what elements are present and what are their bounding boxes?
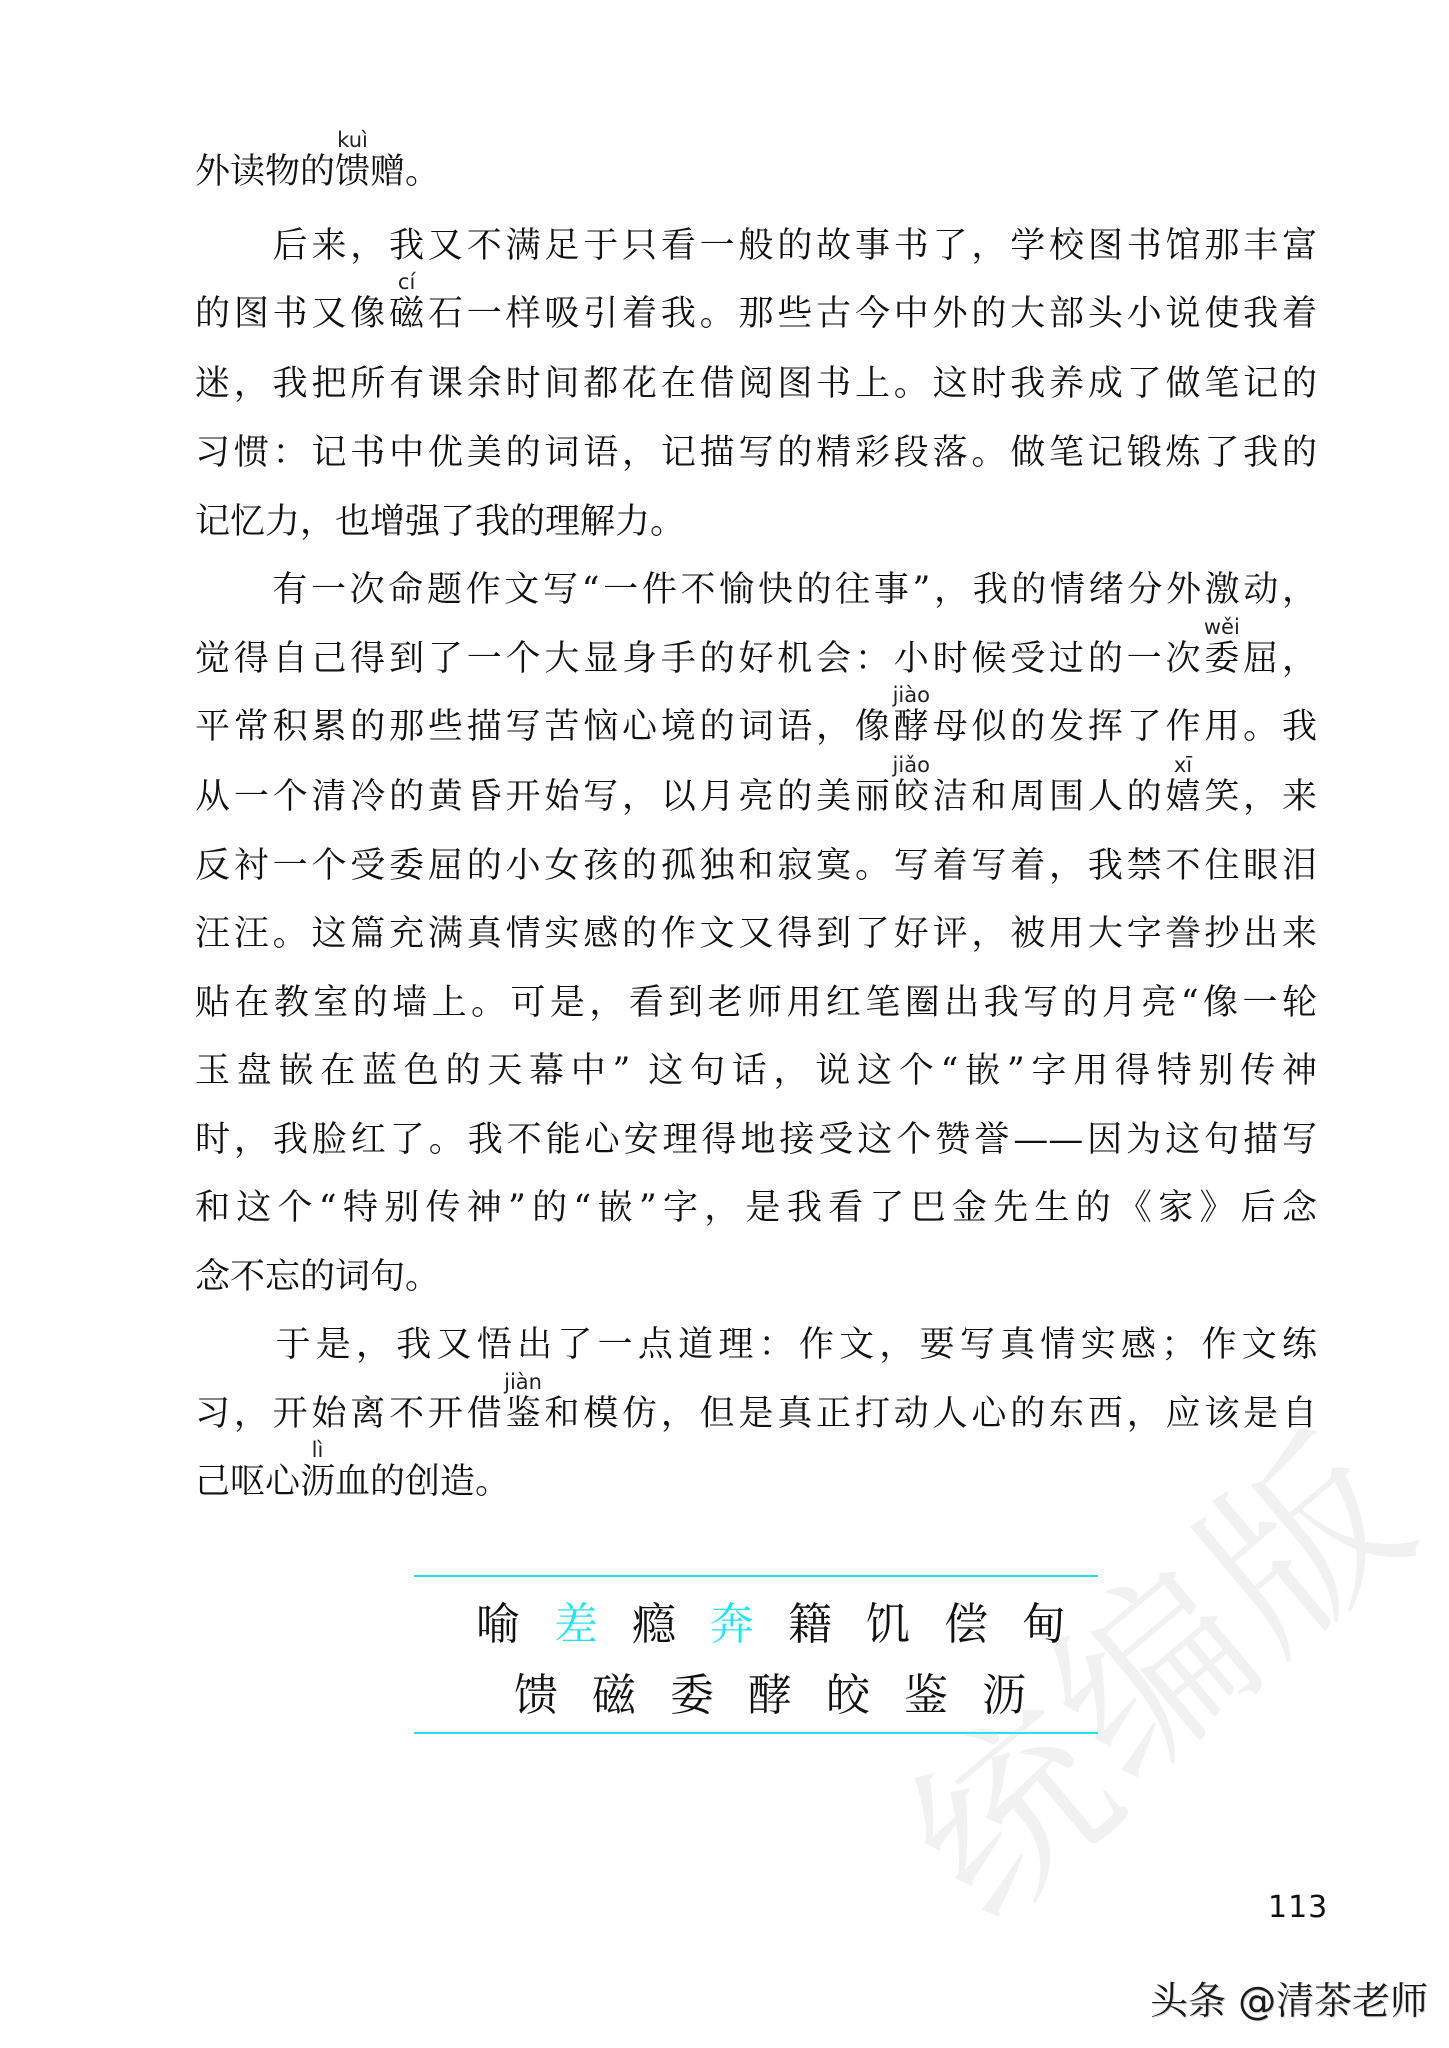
new-character: 偿 <box>944 1595 1022 1655</box>
text-line: 时，我脸红了。我不能心安理得地接受这个赞誉——因为这句描写 <box>195 1115 1317 1165</box>
text-segment: 洁和周围人的 <box>929 777 1166 817</box>
new-character: 饥 <box>866 1595 944 1655</box>
text-segment: 从一个清冷的黄昏开始写，以月亮的美丽 <box>195 777 894 817</box>
text-segment: 记忆力，也增强了我的理解力。 <box>195 502 685 542</box>
text-segment: 石一样吸引着我。那些古今中外的大部头小说使我着 <box>424 294 1317 334</box>
annotated-character: xī嬉 <box>1166 772 1201 822</box>
characters-row-1: 喻差瘾奔籍饥偿甸 <box>476 1595 1100 1655</box>
text-segment: 屈， <box>1239 639 1317 679</box>
text-line: 反衬一个受委屈的小女孩的孤独和寂寞。写着写着，我禁不住眼泪 <box>195 841 1317 891</box>
text-segment: 反衬一个受委屈的小女孩的孤独和寂寞。写着写着，我禁不住眼泪 <box>195 846 1317 886</box>
text-segment: 迷，我把所有课余时间都花在借阅图书上。这时我养成了做笔记的 <box>195 364 1317 404</box>
text-segment: 己呕心 <box>195 1462 300 1502</box>
text-line: 己呕心lì沥血的创造。 <box>195 1457 1317 1507</box>
new-character: 喻 <box>476 1595 554 1655</box>
new-character: 馈 <box>514 1666 592 1726</box>
annotated-character-base: 沥 <box>300 1462 335 1502</box>
annotated-character: jiào酵 <box>894 702 929 752</box>
annotated-character-base: 鉴 <box>506 1394 541 1434</box>
textbook-page: 统 编 版 外读物的kuì馈赠。 后来，我又不满足于只看一般的故事书了，学校图书… <box>0 0 1449 2048</box>
pinyin-annotation: wěi <box>1204 616 1240 638</box>
annotated-character-base: 酵 <box>894 707 929 747</box>
text-segment: 血的创造。 <box>335 1462 510 1502</box>
text-segment: 贴在教室的墙上。可是，看到老师用红笔圈出我写的月亮“像一轮 <box>195 983 1317 1023</box>
text-line: 记忆力，也增强了我的理解力。 <box>195 497 1317 547</box>
text-line: 外读物的kuì馈赠。 <box>195 147 1317 197</box>
new-character: 酵 <box>748 1666 826 1726</box>
pinyin-annotation: jiǎo <box>893 754 930 776</box>
text-segment: 习惯：记书中优美的词语，记描写的精彩段落。做笔记锻炼了我的 <box>195 433 1317 473</box>
new-character: 沥 <box>982 1666 1060 1726</box>
text-segment: 赠。 <box>370 152 440 192</box>
text-segment: 觉得自己得到了一个大显身手的好机会：小时候受过的一次 <box>195 639 1204 679</box>
text-line: 和这个“特别传神”的“嵌”字，是我看了巴金先生的《家》后念 <box>195 1183 1317 1233</box>
annotated-character: jiàn鉴 <box>506 1389 541 1439</box>
annotated-character-base: 嬉 <box>1166 777 1201 817</box>
text-line: 念不忘的词句。 <box>195 1252 1317 1302</box>
annotated-character-base: 磁 <box>389 294 424 334</box>
text-line: 贴在教室的墙上。可是，看到老师用红笔圈出我写的月亮“像一轮 <box>195 978 1317 1028</box>
text-line: 平常积累的那些描写苦恼心境的词语，像jiào酵母似的发挥了作用。我 <box>195 702 1317 752</box>
annotated-character-base: 皎 <box>894 777 929 817</box>
new-character: 瘾 <box>632 1595 710 1655</box>
new-character: 委 <box>670 1666 748 1726</box>
box-bottom-rule <box>414 1732 1098 1734</box>
text-line: 汪汪。这篇充满真情实感的作文又得到了好评，被用大字誊抄出来 <box>195 909 1317 959</box>
annotated-character: wěi委 <box>1204 634 1239 684</box>
annotated-character: kuì馈 <box>335 147 370 197</box>
new-character: 鉴 <box>904 1666 982 1726</box>
text-line: 后来，我又不满足于只看一般的故事书了，学校图书馆那丰富 <box>195 221 1317 271</box>
text-segment: 母似的发挥了作用。我 <box>929 707 1317 747</box>
text-segment: 于是，我又悟出了一点道理：作文，要写真情实感；作文练 <box>195 1325 1317 1365</box>
text-line: 有一次命题作文写“一件不愉快的往事”，我的情绪分外激动， <box>195 565 1317 615</box>
text-line: 的图书又像cí磁石一样吸引着我。那些古今中外的大部头小说使我着 <box>195 289 1317 339</box>
new-character: 磁 <box>592 1666 670 1726</box>
text-line: 觉得自己得到了一个大显身手的好机会：小时候受过的一次wěi委屈， <box>195 634 1317 684</box>
new-character: 皎 <box>826 1666 904 1726</box>
annotated-character: jiǎo皎 <box>894 772 929 822</box>
new-character: 甸 <box>1022 1595 1100 1655</box>
characters-row-2: 馈磁委酵皎鉴沥 <box>514 1666 1060 1726</box>
annotated-character-base: 馈 <box>335 152 370 192</box>
text-segment: 习，开始离不开借 <box>195 1394 506 1434</box>
text-line: 习惯：记书中优美的词语，记描写的精彩段落。做笔记锻炼了我的 <box>195 428 1317 478</box>
pinyin-annotation: jiào <box>893 684 930 706</box>
text-segment: 的图书又像 <box>195 294 389 334</box>
page-number: 113 <box>1268 1890 1328 1925</box>
new-character: 籍 <box>788 1595 866 1655</box>
pinyin-annotation: xī <box>1174 754 1192 776</box>
text-line: 玉盘嵌在蓝色的天幕中” 这句话，说这个“嵌”字用得特别传神 <box>195 1046 1317 1096</box>
text-segment: 时，我脸红了。我不能心安理得地接受这个赞誉——因为这句描写 <box>195 1120 1317 1160</box>
new-characters-box: 喻差瘾奔籍饥偿甸 馈磁委酵皎鉴沥 <box>414 1575 1098 1733</box>
text-segment: 和这个“特别传神”的“嵌”字，是我看了巴金先生的《家》后念 <box>195 1188 1317 1228</box>
text-segment: 和模仿，但是真正打动人心的东西，应该是自 <box>541 1394 1317 1434</box>
text-segment: 玉盘嵌在蓝色的天幕中” 这句话，说这个“嵌”字用得特别传神 <box>195 1051 1317 1091</box>
text-segment: 笑，来 <box>1201 777 1317 817</box>
pinyin-annotation: jiàn <box>504 1371 542 1393</box>
text-line: 习，开始离不开借jiàn鉴和模仿，但是真正打动人心的东西，应该是自 <box>195 1389 1317 1439</box>
text-segment: 平常积累的那些描写苦恼心境的词语，像 <box>195 707 894 747</box>
annotated-character: lì沥 <box>300 1457 335 1507</box>
source-watermark: 头条 @清茶老师 <box>1150 1970 1428 2025</box>
pinyin-annotation: lì <box>312 1439 324 1461</box>
annotated-character-base: 委 <box>1204 639 1239 679</box>
text-line: 从一个清冷的黄昏开始写，以月亮的美丽jiǎo皎洁和周围人的xī嬉笑，来 <box>195 772 1317 822</box>
text-segment: 有一次命题作文写“一件不愉快的往事”，我的情绪分外激动， <box>195 570 1317 610</box>
box-top-rule <box>414 1575 1098 1577</box>
text-segment: 念不忘的词句。 <box>195 1257 440 1297</box>
text-segment: 汪汪。这篇充满真情实感的作文又得到了好评，被用大字誊抄出来 <box>195 914 1317 954</box>
text-segment: 后来，我又不满足于只看一般的故事书了，学校图书馆那丰富 <box>195 226 1317 266</box>
text-line: 迷，我把所有课余时间都花在借阅图书上。这时我养成了做笔记的 <box>195 359 1317 409</box>
watermark-char-3: 版 <box>1171 1411 1439 1679</box>
annotated-character: cí磁 <box>389 289 424 339</box>
text-line: 于是，我又悟出了一点道理：作文，要写真情实感；作文练 <box>195 1320 1317 1370</box>
new-character: 差 <box>554 1595 632 1655</box>
pinyin-annotation: cí <box>398 271 415 293</box>
pinyin-annotation: kuì <box>337 129 368 151</box>
new-character: 奔 <box>710 1595 788 1655</box>
text-segment: 外读物的 <box>195 152 335 192</box>
